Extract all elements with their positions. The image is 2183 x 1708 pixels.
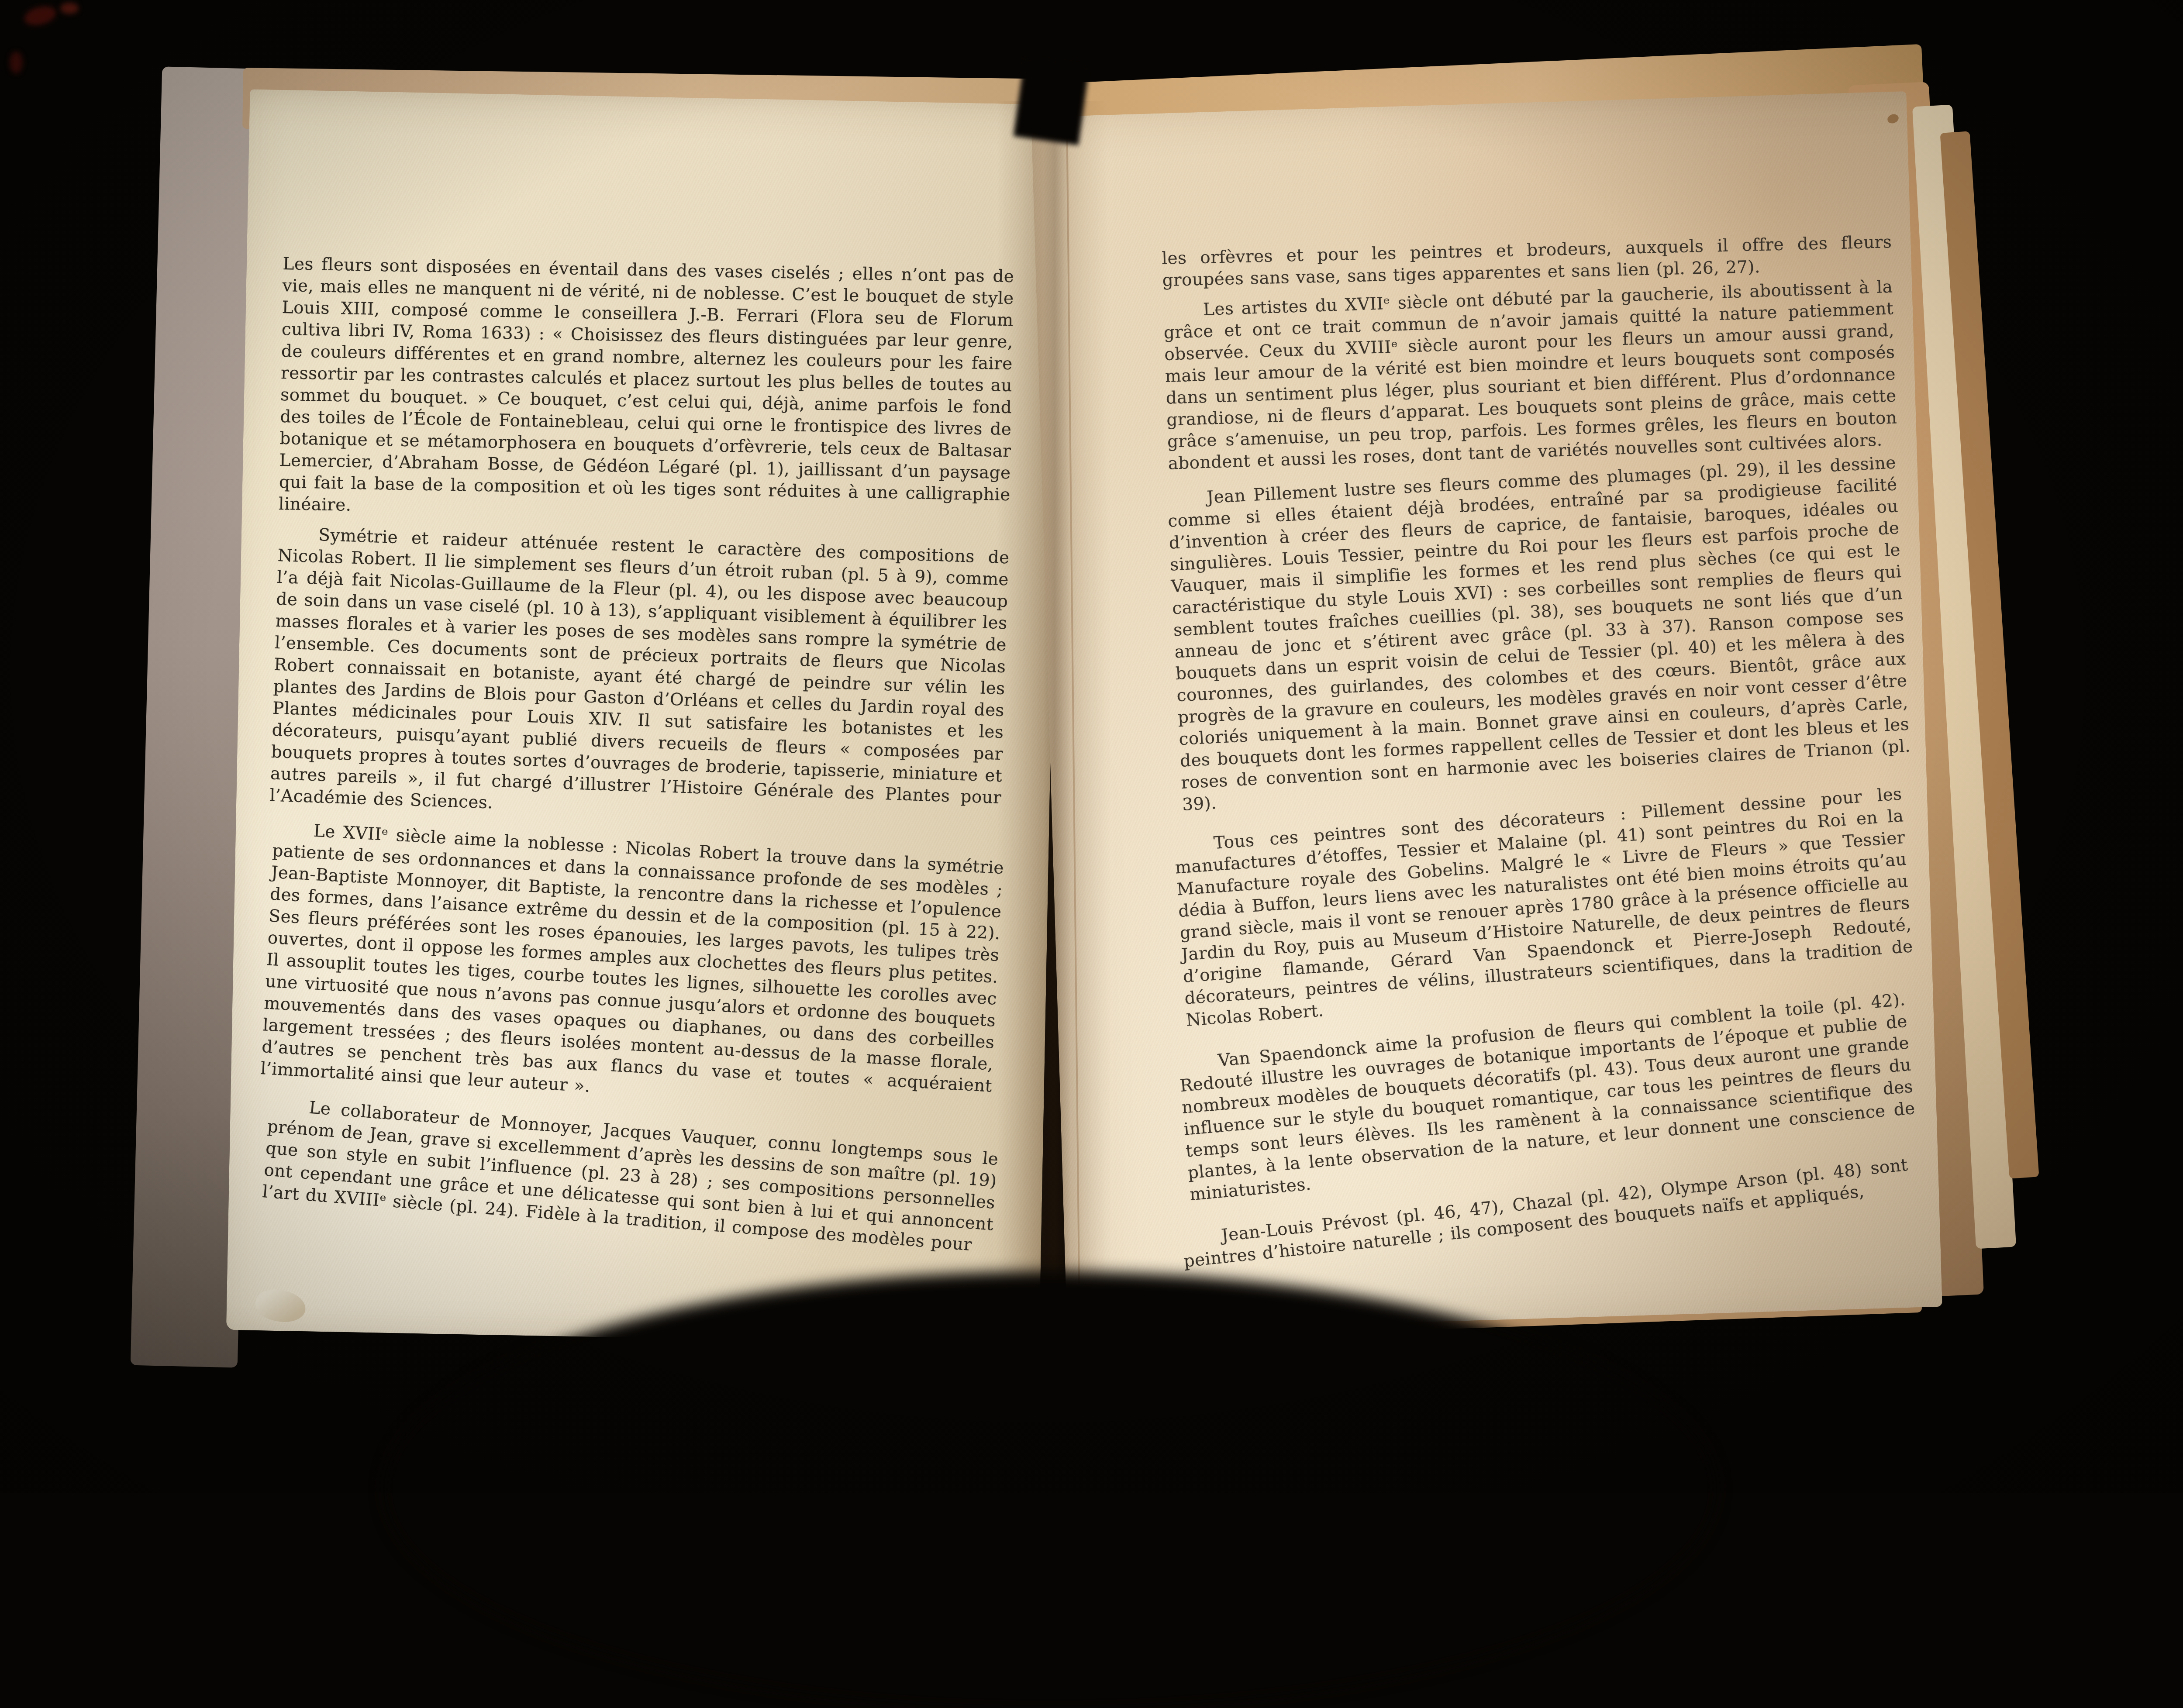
right-page-paragraph-3: Jean Pillement lustre ses fleurs comme d…	[1166, 452, 1912, 816]
right-page-text: les orfèvres et pour les peintres et bro…	[1162, 234, 1911, 1273]
backdrop-fleck	[60, 3, 79, 14]
gutter-shadow	[997, 101, 1108, 1320]
backdrop-fleck	[22, 3, 58, 28]
backdrop-fleck	[10, 52, 23, 73]
left-page-paragraph-1: Les fleurs sont disposées en éventail da…	[279, 253, 1014, 528]
right-page-paragraph-2: Les artistes du XVIIᵉ siècle ont débuté …	[1162, 276, 1898, 475]
gutter-top-notch	[1014, 56, 1090, 145]
book-photograph: Les fleurs sont disposées en éventail da…	[0, 0, 2183, 1493]
left-page-paragraph-3: Le XVIIᵉ siècle aime la noblesse : Nicol…	[260, 818, 1004, 1119]
left-page-text: Les fleurs sont disposées en éventail da…	[268, 253, 1014, 1215]
right-page-paragraph-4: Tous ces peintres sont des décorateurs :…	[1173, 783, 1915, 1031]
left-page-paragraph-2: Symétrie et raideur atténuée restent le …	[269, 523, 1010, 831]
